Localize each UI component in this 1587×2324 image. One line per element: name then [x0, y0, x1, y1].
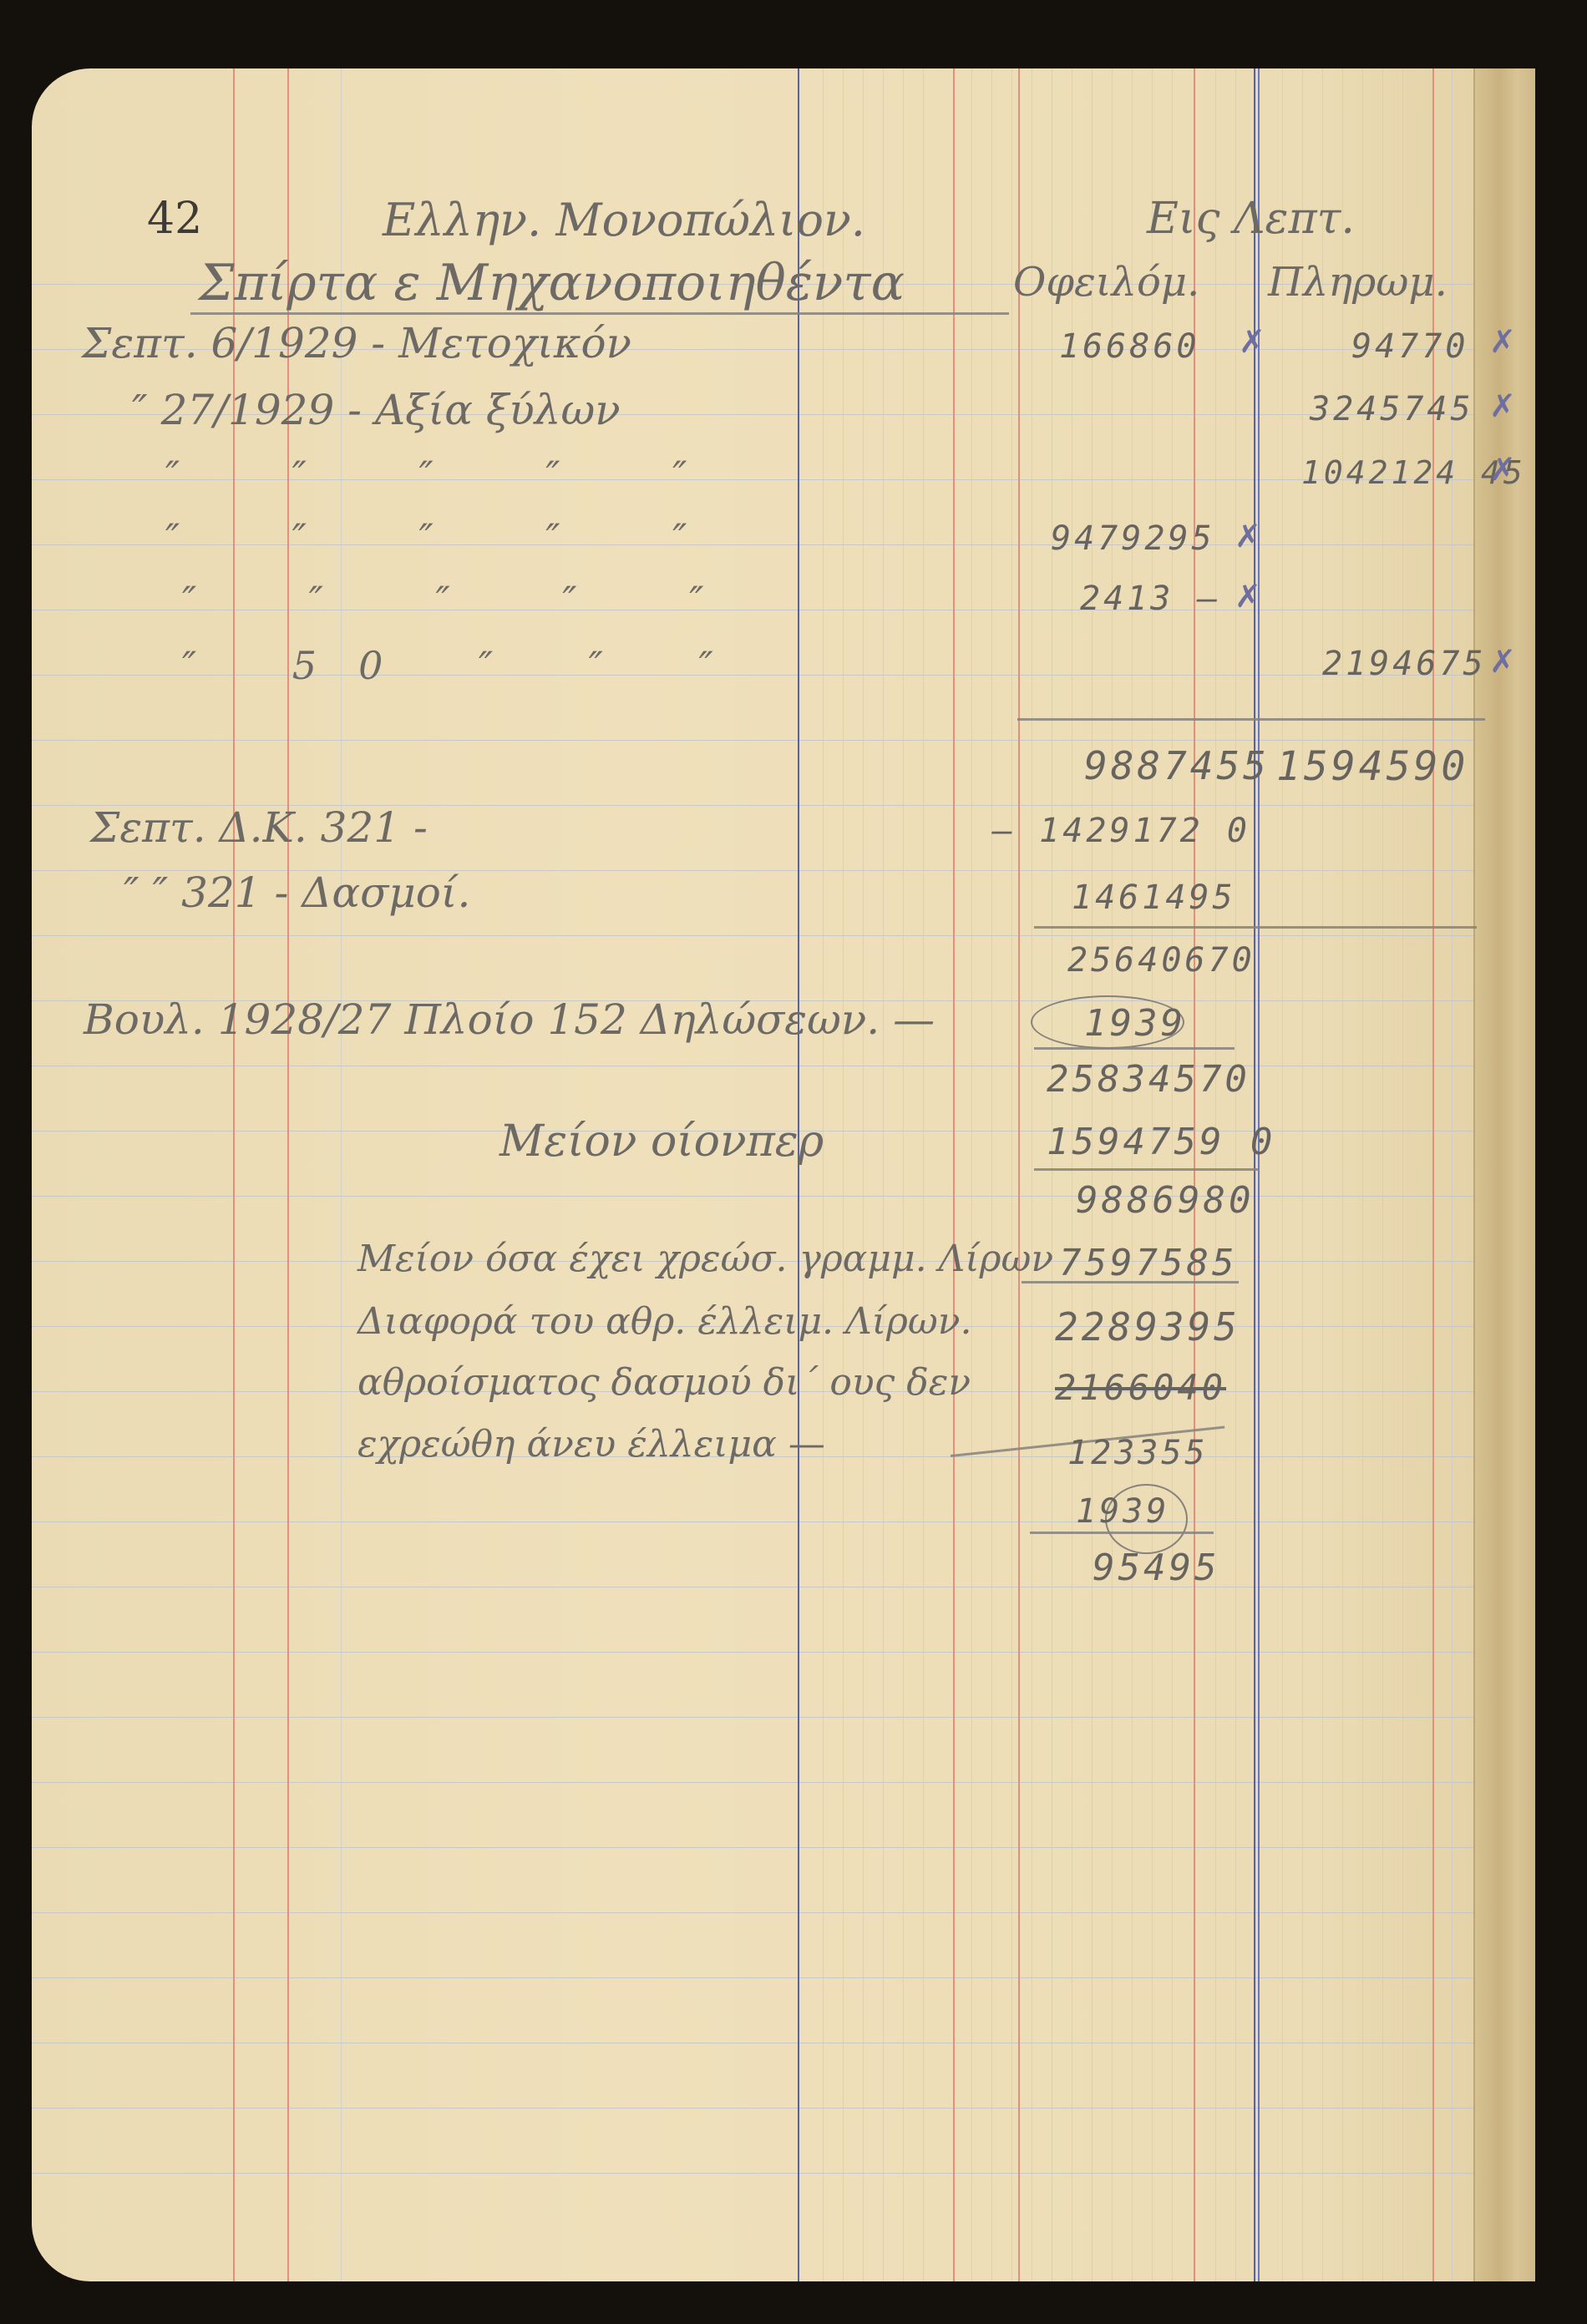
grid-line — [1152, 68, 1153, 2281]
check-mark-icon: ✗ — [1489, 387, 1516, 424]
column-header-credit: Πληρωμ. — [1268, 259, 1448, 306]
grid-line — [1032, 68, 1032, 2281]
entry-credit: 94770 — [1351, 327, 1468, 366]
calc-amount-circled: 1939 — [1076, 1492, 1169, 1531]
grid-line — [1215, 68, 1216, 2281]
grid-line — [971, 68, 972, 2281]
grid-line — [903, 68, 904, 2281]
column-header-debit: Οφειλόμ. — [1013, 259, 1199, 306]
entry-credit: 2194675 — [1322, 645, 1487, 683]
calc-label: Διαφορά του αθρ. έλλειμ. Λίρων. — [357, 1300, 972, 1343]
ledger-page: 42 Ελλην. Μονοπώλιον. Σπίρτα ε Μηχανοποι… — [32, 68, 1535, 2281]
grid-line — [1072, 68, 1072, 2281]
calc-amount-circled: 1939 — [1084, 1002, 1186, 1045]
grid-line — [823, 68, 824, 2281]
entry-label: ″ ″ 321 - Δασμοί. — [124, 868, 470, 917]
subtotal-debit: 9887455 — [1084, 743, 1270, 788]
grid-line — [1052, 68, 1052, 2281]
rule-line — [32, 2043, 1477, 2043]
check-mark-icon: ✗ — [1489, 323, 1516, 360]
calc-amount: 123355 — [1067, 1434, 1209, 1472]
calc-amount: 2289395 — [1055, 1304, 1240, 1349]
grid-line — [991, 68, 992, 2281]
red-column-rule — [1018, 68, 1020, 2281]
red-column-rule — [1194, 68, 1195, 2281]
rule-line — [32, 1652, 1477, 1653]
grid-line — [923, 68, 924, 2281]
calc-label: εχρεώθη άνευ έλλειμα — — [357, 1423, 825, 1466]
rule-line — [32, 1196, 1477, 1197]
calc-label: Βουλ. 1928/27 Πλοίο 152 Δηλώσεων. — — [84, 995, 935, 1044]
entry-amount: 1461495 — [1072, 878, 1236, 917]
calc-amount: 7597585 — [1059, 1242, 1237, 1284]
calc-amount: 25834570 — [1047, 1058, 1250, 1101]
subtotal-rule — [1017, 718, 1485, 721]
page-number: 42 — [147, 194, 202, 244]
entry-label: ″ ″ ″ ″ ″ — [165, 453, 737, 498]
rule-line — [32, 2108, 1477, 2109]
entry-label: Σεπτ. Δ.Κ. 321 - — [90, 803, 428, 852]
rule-line — [32, 1977, 1477, 1978]
rule-line — [32, 1847, 1477, 1848]
grid-line — [1132, 68, 1133, 2281]
blue-column-rule — [798, 68, 799, 2281]
rule-line — [32, 1912, 1477, 1913]
grid-line — [1235, 68, 1236, 2281]
calc-amount-struck: 2166040 — [1055, 1367, 1226, 1408]
entry-debit: 166860 — [1059, 327, 1200, 366]
calc-label: Μείον όσα έχει χρεώσ. γραμμ. Λίρων — [357, 1238, 1053, 1280]
total-rule — [1022, 1281, 1239, 1284]
grid-line — [863, 68, 864, 2281]
calc-label: Μείον οίονπερ — [499, 1116, 824, 1167]
entry-debit: 9479295 — [1051, 519, 1215, 558]
rule-line — [32, 740, 1477, 741]
total-rule — [1034, 1047, 1235, 1050]
entry-credit: 3245745 — [1310, 390, 1474, 428]
total-rule — [1030, 1532, 1214, 1534]
grid-line — [1302, 68, 1303, 2281]
rule-line — [32, 2173, 1477, 2174]
entry-label: ″ ″ ″ ″ ″ — [165, 515, 737, 560]
rule-line — [32, 1587, 1477, 1587]
title-underline — [190, 312, 1009, 315]
ledger-title-line2: Σπίρτα ε Μηχανοποιηθέντα — [199, 254, 905, 312]
grid-line — [1092, 68, 1093, 2281]
rule-line — [32, 1717, 1477, 1718]
entry-debit: 2413 — — [1080, 580, 1221, 618]
rule-line — [32, 935, 1477, 936]
grid-line — [1255, 68, 1256, 2281]
total-rule — [1034, 926, 1477, 929]
grid-line — [883, 68, 884, 2281]
check-mark-icon: ✗ — [1235, 518, 1261, 554]
ledger-title-line1: Ελλην. Μονοπώλιον. — [383, 194, 865, 246]
entry-label: ″ ″ ″ ″ ″ — [182, 578, 753, 623]
calc-amount: 1594759 0 — [1047, 1121, 1275, 1163]
entry-label: ″ 50 ″ ″ ″ — [182, 643, 755, 688]
check-mark-icon: ✗ — [1239, 323, 1265, 360]
grid-line — [1112, 68, 1113, 2281]
entry-label: Σεπτ. 6/1929 - Μετοχικόν — [82, 319, 631, 367]
check-mark-icon: ✗ — [1489, 643, 1516, 680]
rule-line — [32, 1521, 1477, 1522]
column-header-top: Εις Λεπτ. — [1147, 194, 1355, 244]
grid-line — [1172, 68, 1173, 2281]
red-column-rule — [953, 68, 955, 2281]
calc-amount: 9886980 — [1076, 1179, 1254, 1222]
calc-result: 95495 — [1093, 1547, 1219, 1589]
grid-line — [1012, 68, 1012, 2281]
grid-line — [843, 68, 844, 2281]
subtotal-credit: 1594590 — [1276, 743, 1468, 790]
rule-line — [32, 1782, 1477, 1783]
blue-column-rule — [1254, 68, 1255, 2281]
entry-amount: — 1429172 0 — [992, 812, 1250, 850]
grid-line — [1282, 68, 1283, 2281]
entry-label: ″ 27/1929 - Αξία ξύλων — [132, 386, 621, 434]
check-mark-icon: ✗ — [1235, 578, 1261, 615]
total-rule — [1034, 1168, 1260, 1171]
rule-line — [32, 1066, 1477, 1066]
calc-label: αθροίσματος δασμού δι΄ ους δεν — [357, 1361, 971, 1404]
calc-amount: 25640670 — [1067, 941, 1255, 980]
check-mark-icon: ✗ — [1489, 451, 1516, 488]
